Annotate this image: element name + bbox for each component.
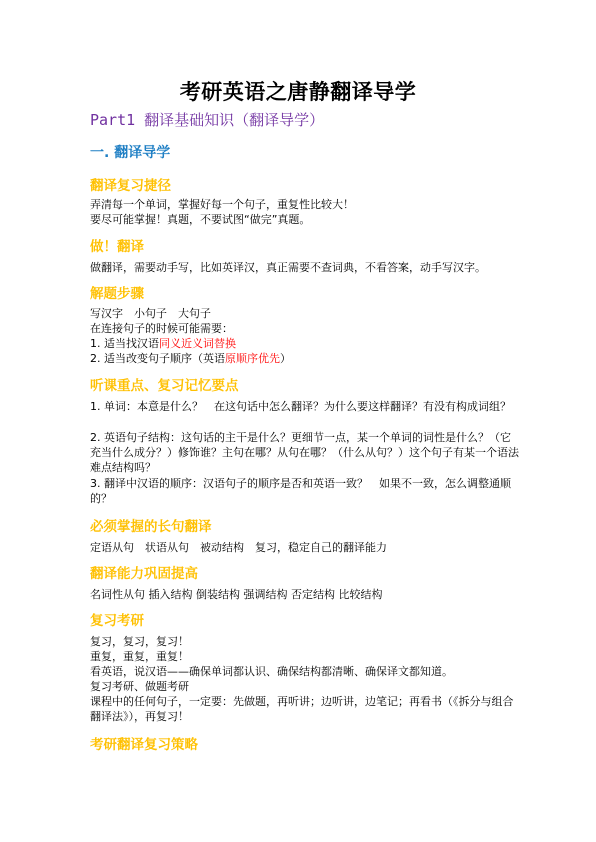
subheading-solving-steps: 解题步骤 bbox=[90, 282, 144, 302]
paragraph-line: 课程中的任何句子，一定要：先做题，再听讲；边听讲，边笔记；再看书（《拆分与组合翻… bbox=[90, 694, 520, 724]
paragraph-line: 弄清每一个单词，掌握好每一个句子，重复性比较大！ bbox=[90, 197, 520, 212]
paragraph-line: 看英语，说汉语——确保单词都认识、确保结构都清晰、确保译文都知道。 bbox=[90, 664, 520, 679]
paragraph-line: 名词性从句 插入结构 倒装结构 强调结构 否定结构 比较结构 bbox=[90, 587, 520, 602]
list-item: 1. 适当找汉语同义近义词替换 bbox=[90, 336, 520, 351]
list-item-text: 2. 适当改变句子顺序（英语 bbox=[90, 352, 225, 365]
subheading-review-shortcut: 翻译复习捷径 bbox=[90, 174, 171, 194]
list-item: 2. 适当改变句子顺序（英语原顺序优先） bbox=[90, 351, 520, 366]
paragraph-line: 3. 翻译中汉语的顺序：汉语句子的顺序是否和英语一致？ 如果不一致，怎么调整通顺… bbox=[90, 476, 520, 506]
subheading-review-strategy: 考研翻译复习策略 bbox=[90, 733, 198, 753]
subheading-key-points: 听课重点、复习记忆要点 bbox=[90, 374, 239, 394]
part-title: Part1 翻译基础知识（翻译导学） bbox=[90, 109, 324, 130]
subheading-ability-improvement: 翻译能力巩固提高 bbox=[90, 562, 198, 582]
paragraph-line: 1. 单词：本意是什么？ 在这句话中怎么翻译？为什么要这样翻译？有没有构成词组？ bbox=[90, 399, 520, 414]
paragraph-line: 2. 英语句子结构：这句话的主干是什么？更细节一点，某一个单词的词性是什么？（它… bbox=[90, 430, 520, 475]
document-title: 考研英语之唐静翻译导学 bbox=[90, 76, 506, 106]
paragraph-line: 做翻译，需要动手写，比如英译汉，真正需要不查词典，不看答案，动手写汉字。 bbox=[90, 260, 520, 275]
paragraph-line: 在连接句子的时候可能需要： bbox=[90, 321, 520, 336]
section-heading: 一. 翻译导学 bbox=[90, 142, 170, 162]
list-item-text: 1. 适当找汉语 bbox=[90, 337, 159, 350]
highlight-text: 同义近义词替换 bbox=[159, 337, 236, 350]
paragraph-line: 复习考研、做题考研 bbox=[90, 679, 520, 694]
list-item-text: ） bbox=[280, 352, 291, 365]
highlight-text: 原顺序优先 bbox=[225, 352, 280, 365]
subheading-review-exam: 复习考研 bbox=[90, 609, 144, 629]
paragraph-line: 要尽可能掌握！真题，不要试图“做完”真题。 bbox=[90, 212, 520, 227]
subheading-long-sentences: 必须掌握的长句翻译 bbox=[90, 515, 212, 535]
paragraph-line: 重复，重复，重复！ bbox=[90, 649, 520, 664]
paragraph-line: 写汉字 小句子 大句子 bbox=[90, 306, 520, 321]
paragraph-line: 定语从句 状语从句 被动结构 复习，稳定自己的翻译能力 bbox=[90, 540, 520, 555]
subheading-do-translation: 做！翻译 bbox=[90, 235, 144, 255]
paragraph-line: 复习，复习，复习！ bbox=[90, 634, 520, 649]
